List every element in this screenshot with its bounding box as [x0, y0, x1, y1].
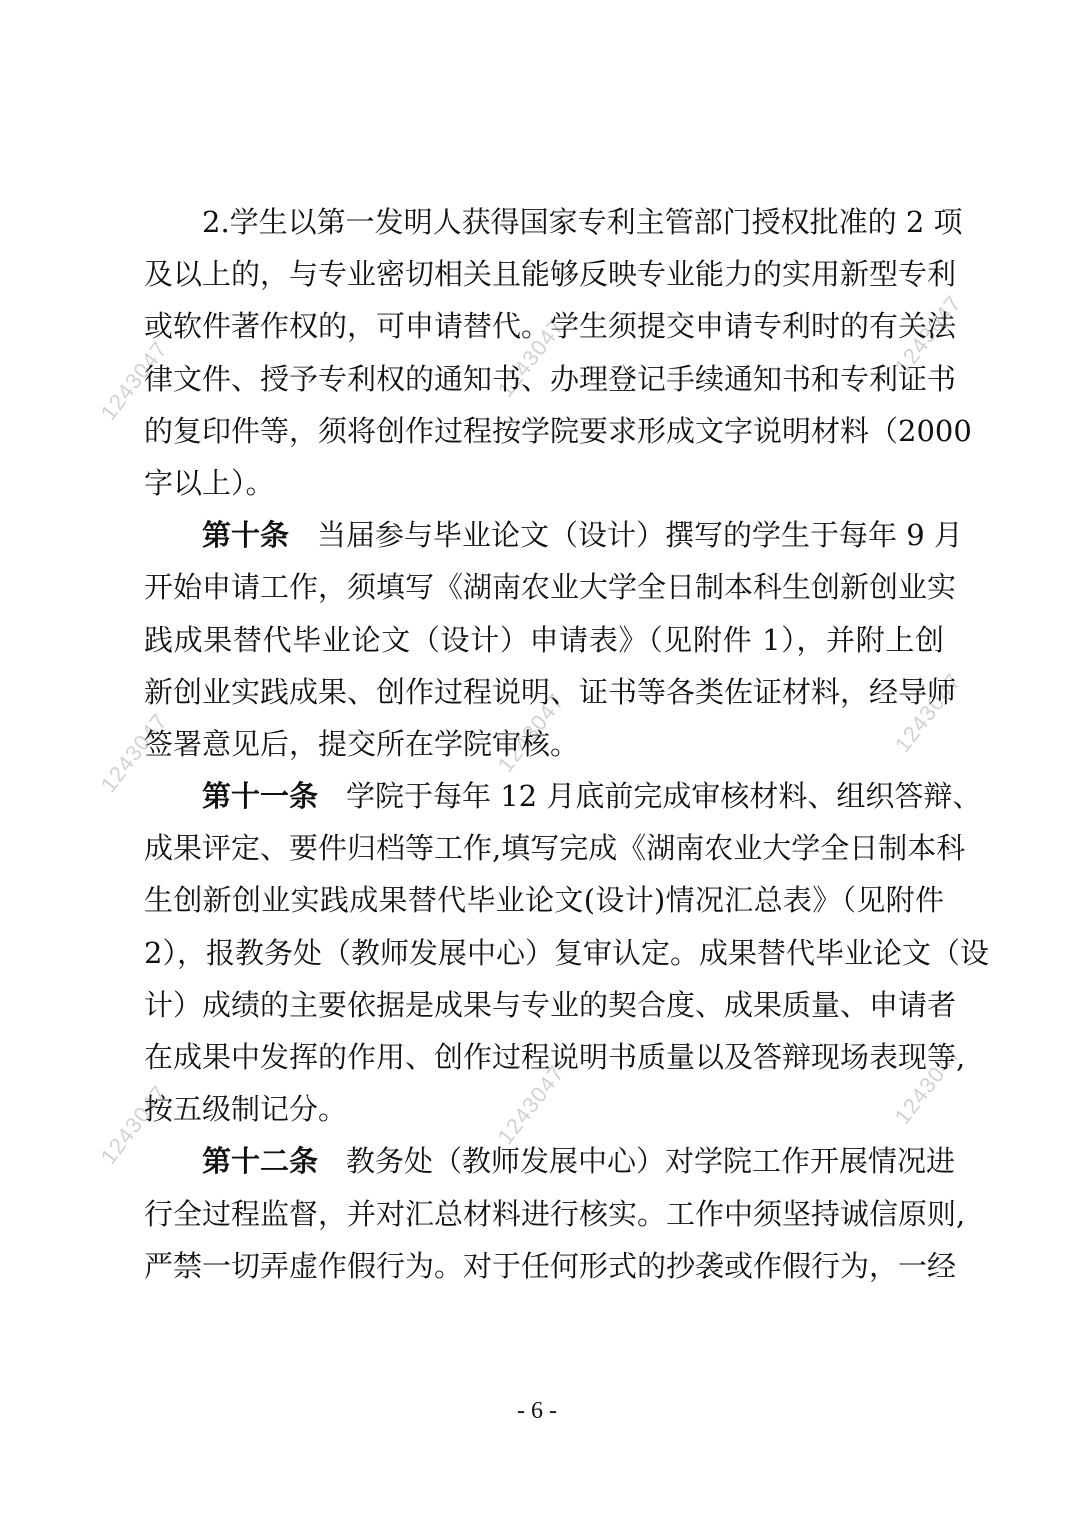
paragraph-article-10: 第十条当届参与毕业论文（设计）撰写的学生于每年 9 月 开始申请工作，须填写《湖… [144, 509, 944, 770]
text-line: 及以上的，与专业密切相关且能够反映专业能力的实用新型专利 [144, 248, 944, 300]
text-line: 开始申请工作，须填写《湖南农业大学全日制本科生创新创业实 [144, 561, 944, 613]
paragraph-item-2: 2.学生以第一发明人获得国家专利主管部门授权批准的 2 项 及以上的，与专业密切… [144, 196, 944, 509]
text-line: 严禁一切弄虚作假行为。对于任何形式的抄袭或作假行为，一经 [144, 1240, 944, 1292]
text-span: 教务处（教师发展中心）对学院工作开展情况进 [346, 1144, 955, 1178]
page-number: - 6 - [0, 1398, 1074, 1425]
text-line: 签署意见后，提交所在学院审核。 [144, 718, 944, 770]
text-line: 或软件著作权的，可申请替代。学生须提交申请专利时的有关法 [144, 300, 944, 352]
text-line: 2.学生以第一发明人获得国家专利主管部门授权批准的 2 项 [144, 196, 944, 248]
text-line: 第十二条教务处（教师发展中心）对学院工作开展情况进 [144, 1135, 944, 1187]
text-line: 字以上）。 [144, 457, 944, 509]
paragraph-article-11: 第十一条学院于每年 12 月底前完成审核材料、组织答辩、 成果评定、要件归档等工… [144, 770, 944, 1135]
text-line: 2），报教务处（教师发展中心）复审认定。成果替代毕业论文（设 [144, 927, 944, 979]
article-number: 第十一条 [202, 779, 318, 813]
text-line: 按五级制记分。 [144, 1083, 944, 1135]
article-number: 第十二条 [202, 1144, 318, 1178]
paragraph-article-12: 第十二条教务处（教师发展中心）对学院工作开展情况进 行全过程监督，并对汇总材料进… [144, 1135, 944, 1292]
article-number: 第十条 [202, 518, 289, 552]
text-line: 第十一条学院于每年 12 月底前完成审核材料、组织答辩、 [144, 770, 944, 822]
text-line: 第十条当届参与毕业论文（设计）撰写的学生于每年 9 月 [144, 509, 944, 561]
text-line: 在成果中发挥的作用、创作过程说明书质量以及答辩现场表现等, [144, 1031, 944, 1083]
document-body: 2.学生以第一发明人获得国家专利主管部门授权批准的 2 项 及以上的，与专业密切… [144, 196, 944, 1292]
document-page: 1243047 1243047 1243047 1243047 1243047 … [0, 0, 1074, 1520]
text-line: 律文件、授予专利权的通知书、办理登记手续通知书和专利证书 [144, 353, 944, 405]
text-line: 成果评定、要件归档等工作,填写完成《湖南农业大学全日制本科 [144, 822, 944, 874]
text-span: 学院于每年 12 月底前完成审核材料、组织答辩、 [346, 779, 981, 813]
text-line: 生创新创业实践成果替代毕业论文(设计)情况汇总表》（见附件 [144, 874, 944, 926]
text-line: 新创业实践成果、创作过程说明、证书等各类佐证材料，经导师 [144, 666, 944, 718]
text-line: 行全过程监督，并对汇总材料进行核实。工作中须坚持诚信原则, [144, 1188, 944, 1240]
text-line: 践成果替代毕业论文（设计）申请表》（见附件 1），并附上创 [144, 614, 944, 666]
text-span: 当届参与毕业论文（设计）撰写的学生于每年 9 月 [317, 518, 963, 552]
text-line: 计）成绩的主要依据是成果与专业的契合度、成果质量、申请者 [144, 979, 944, 1031]
text-line: 的复印件等，须将创作过程按学院要求形成文字说明材料（2000 [144, 405, 944, 457]
